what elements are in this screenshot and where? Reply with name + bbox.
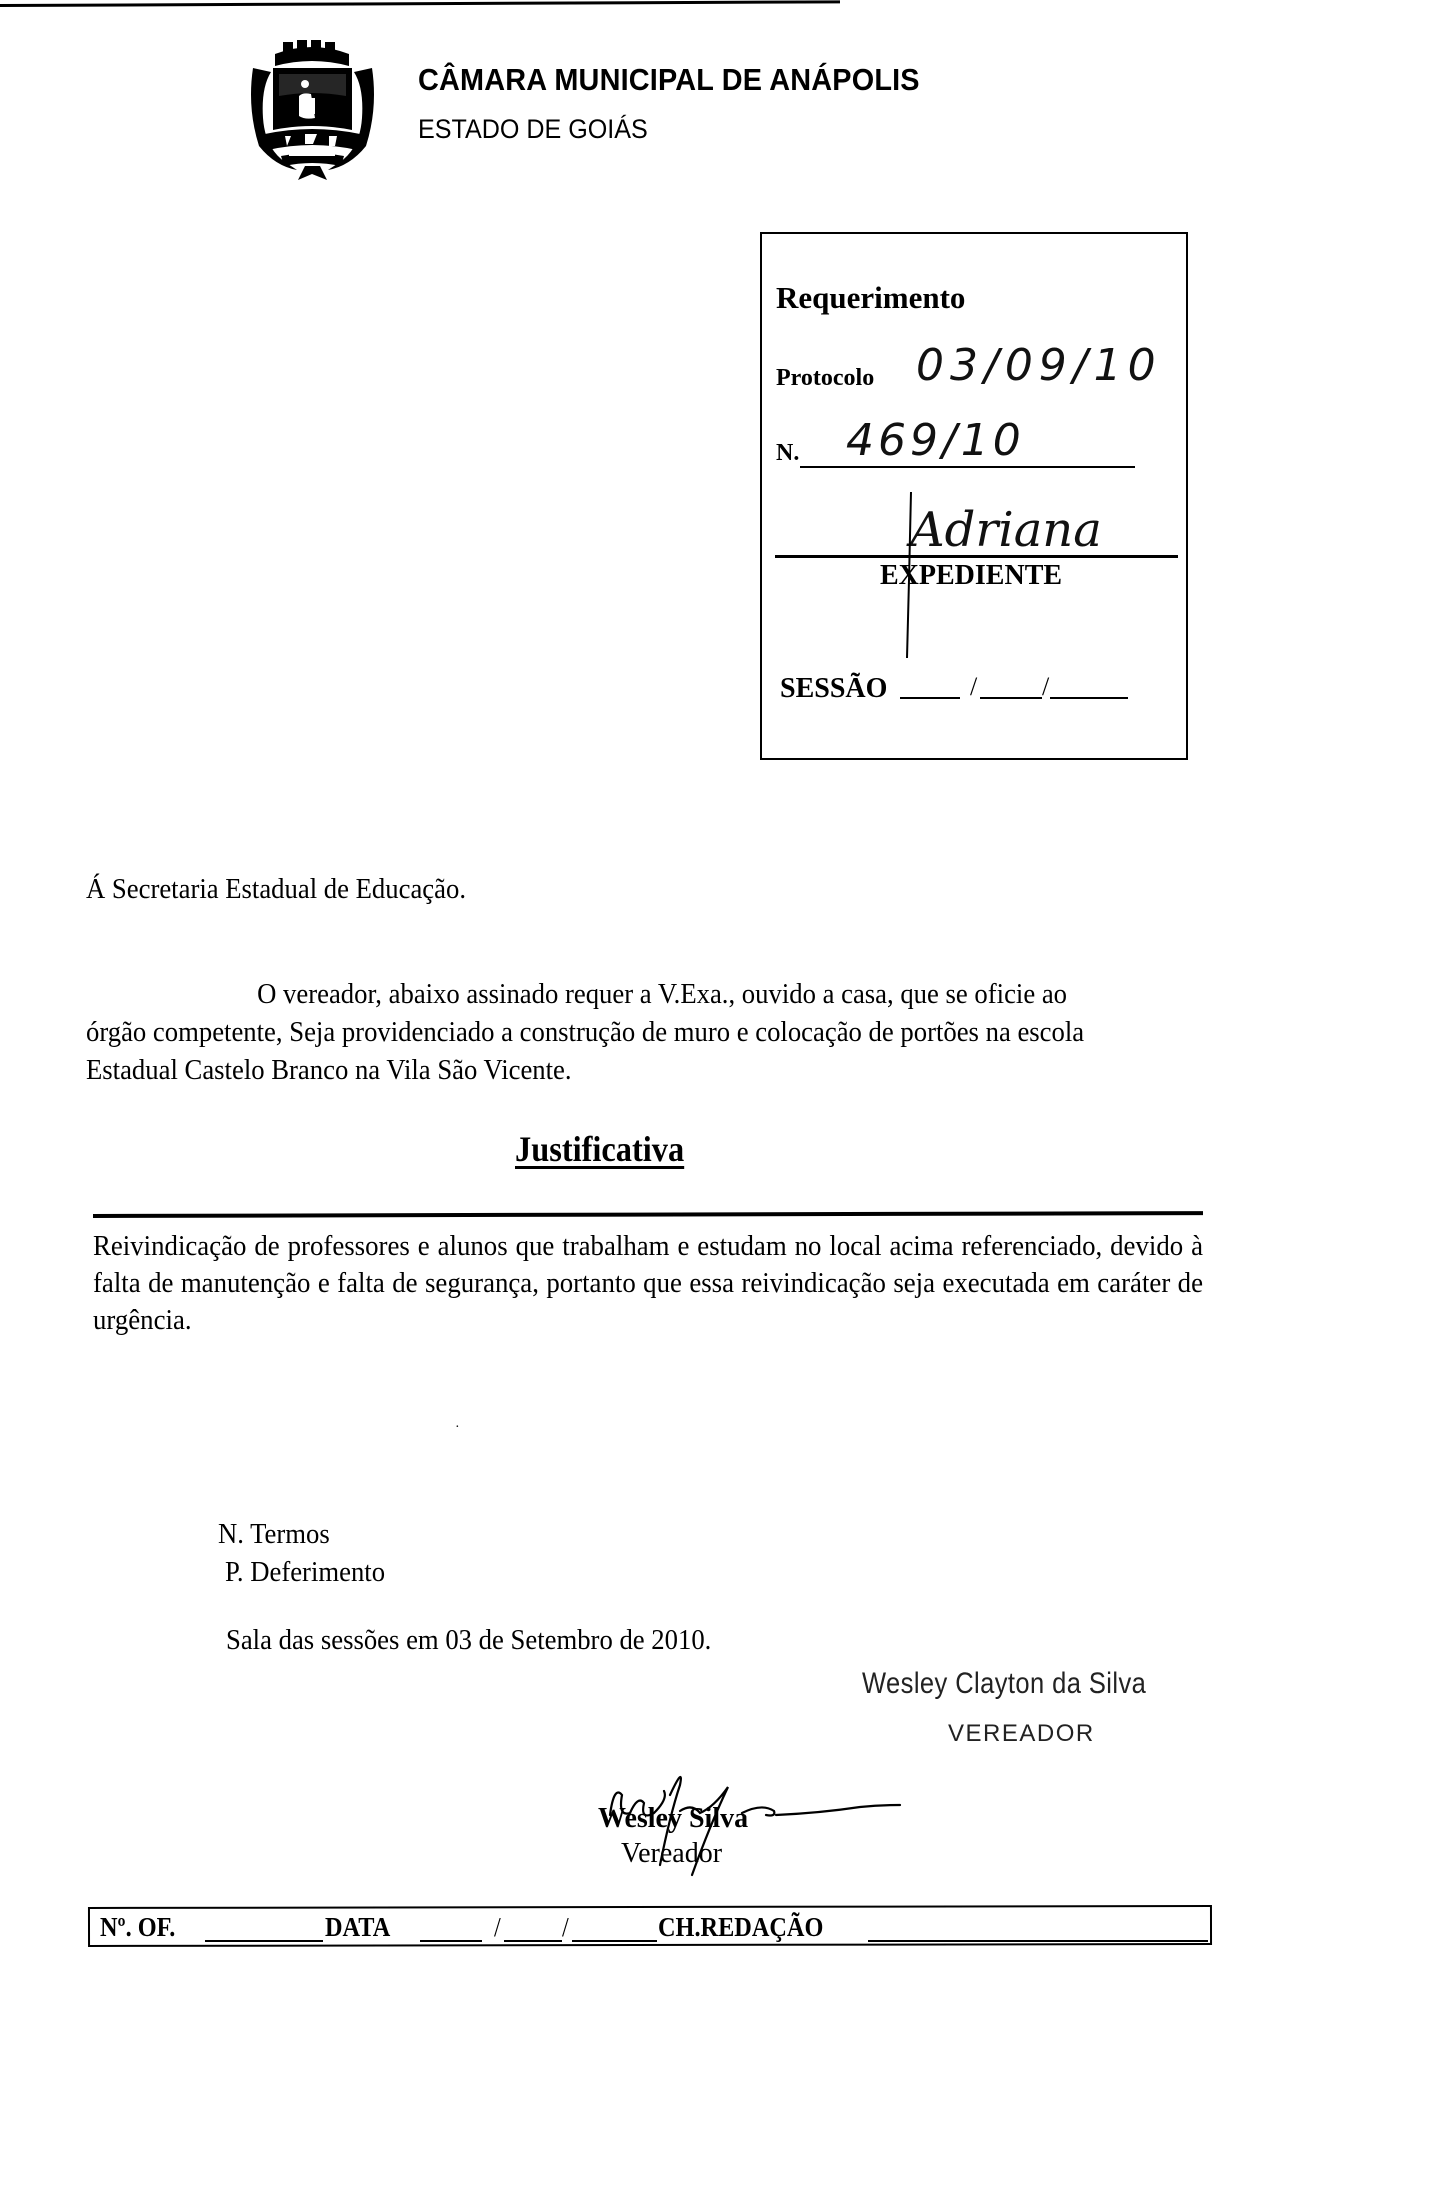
date-month-blank: [504, 1940, 562, 1942]
justification-text: Reivindicação de professores e alunos qu…: [93, 1228, 1203, 1339]
addressee: Á Secretaria Estadual de Educação.: [86, 873, 466, 906]
session-month-blank: [980, 697, 1042, 699]
date-slash: /: [562, 1912, 569, 1943]
date-label: DATA: [325, 1912, 390, 1943]
expediente-rule: [775, 555, 1178, 558]
date-slash: /: [494, 1912, 501, 1943]
office-number-label: Nº. OF.: [100, 1912, 175, 1943]
office-number-blank: [205, 1940, 323, 1942]
signer-name: Wesley Silva: [598, 1803, 748, 1835]
session-slash: /: [970, 672, 977, 702]
closing-terms: N. Termos: [218, 1518, 330, 1551]
top-rule: [0, 0, 840, 7]
closing-request: P. Deferimento: [225, 1556, 385, 1589]
date-day-blank: [420, 1940, 482, 1942]
date-year-blank: [572, 1940, 657, 1942]
protocol-label: Protocolo: [776, 365, 874, 392]
redaction-blank: [868, 1940, 1208, 1942]
receiver-signature: Adriana: [910, 502, 1102, 558]
request-paragraph: O vereador, abaixo assinado requer a V.E…: [86, 975, 1107, 1089]
protocol-number-handwritten: 469/10: [846, 415, 1025, 466]
place-and-date: Sala das sessões em 03 de Setembro de 20…: [226, 1624, 711, 1657]
session-day-blank: [900, 697, 960, 699]
signer-role: Vereador: [621, 1838, 722, 1870]
institution-title: CÂMARA MUNICIPAL DE ANÁPOLIS: [418, 62, 920, 98]
coat-of-arms-icon: [245, 38, 380, 183]
redaction-label: CH.REDAÇÃO: [658, 1912, 823, 1943]
session-label: SESSÃO: [780, 673, 887, 705]
expediente-label: EXPEDIENTE: [880, 560, 1062, 592]
session-slash: /: [1042, 672, 1049, 702]
institution-subtitle: ESTADO DE GOIÁS: [418, 114, 648, 145]
number-underline: [800, 466, 1135, 468]
request-type-label: Requerimento: [776, 280, 965, 316]
scan-speck: ·: [455, 1420, 460, 1436]
request-text: O vereador, abaixo assinado requer a V.E…: [86, 978, 1084, 1086]
justification-heading: Justificativa: [515, 1128, 684, 1170]
stamp-name: Wesley Clayton da Silva: [862, 1667, 1146, 1701]
session-year-blank: [1050, 697, 1128, 699]
protocol-date-handwritten: 03/09/10: [916, 340, 1162, 391]
stamp-role: VEREADOR: [948, 1720, 1095, 1748]
number-label: N.: [776, 440, 799, 467]
justification-rule: [93, 1211, 1203, 1218]
